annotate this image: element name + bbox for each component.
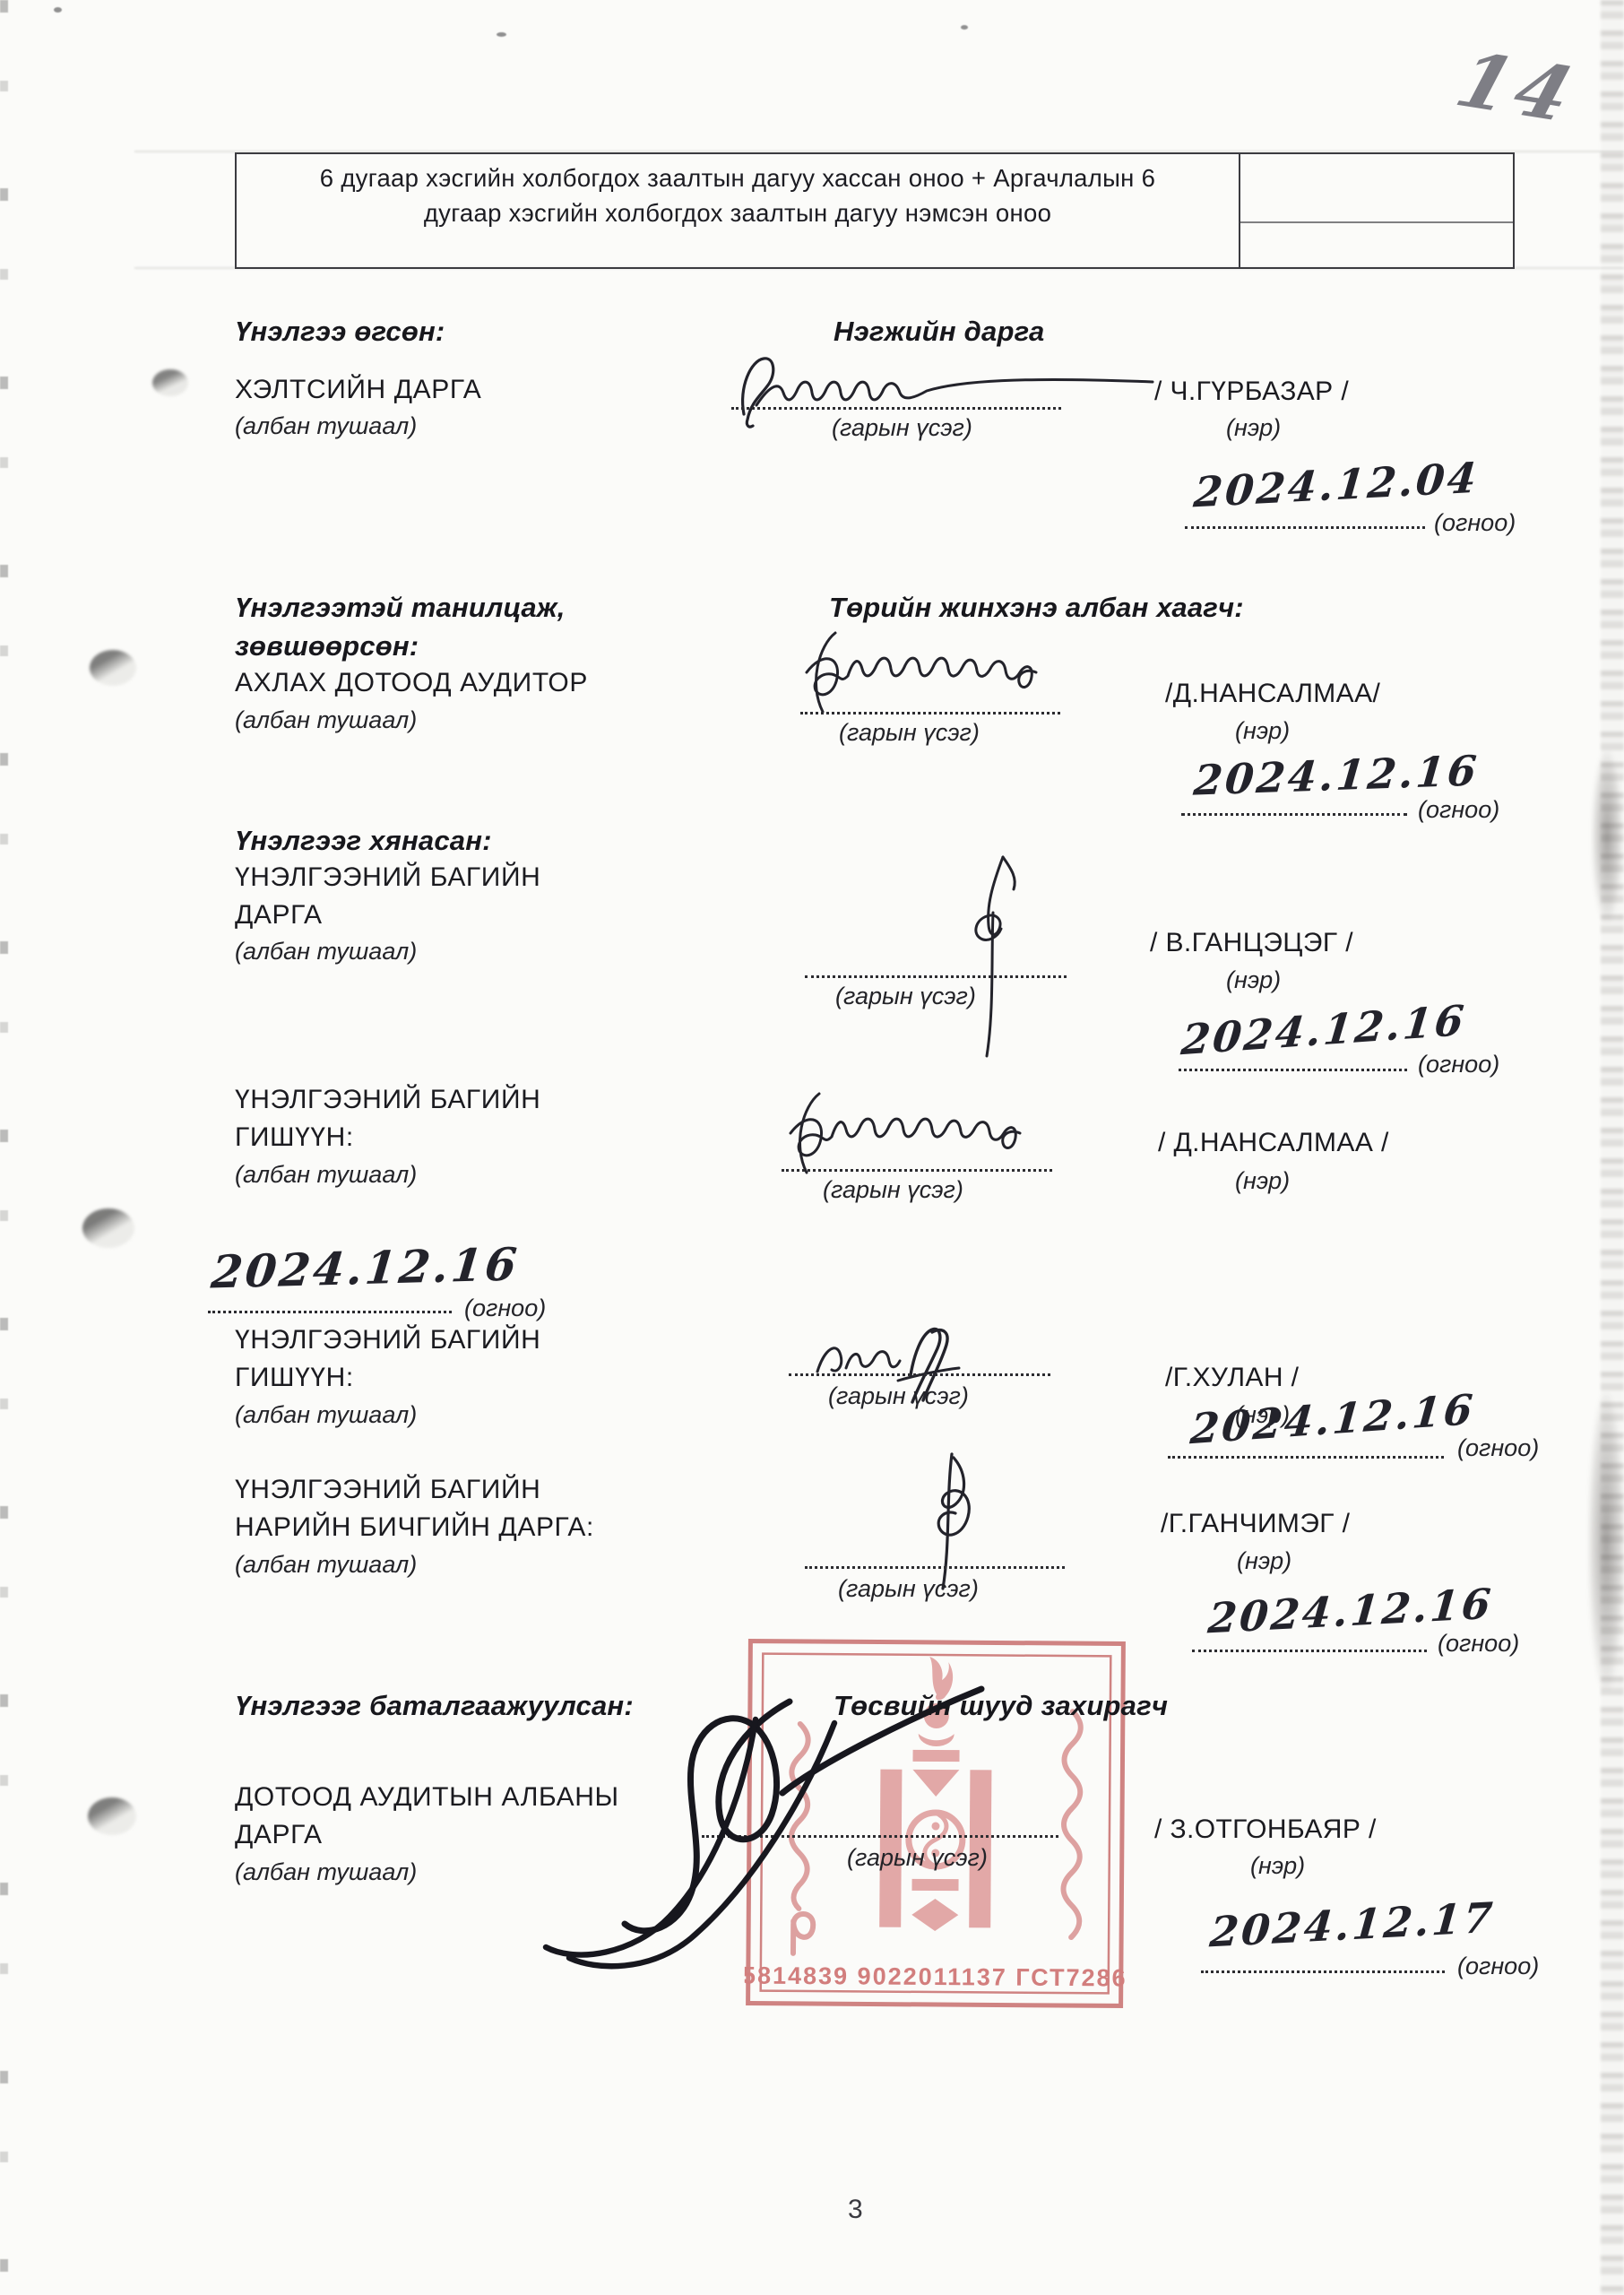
block1-heading: Үнэлгээ өгсөн: — [235, 316, 445, 348]
date-line — [1192, 1648, 1427, 1652]
block3-heading: Үнэлгээг хянасан: — [235, 825, 492, 857]
signature-scribble-nansalmaa — [798, 626, 1053, 715]
block7-right-heading: Төсвийн шууд захирагч — [834, 1690, 1168, 1722]
signature-caption: (гарын үсэг) — [838, 1575, 979, 1603]
signature-line — [782, 1167, 1052, 1172]
block1-name: / Ч.ГҮРБАЗАР / — [1154, 377, 1349, 407]
block2-right-heading: Төрийн жинхэнэ албан хаагч: — [829, 592, 1244, 624]
name-caption: (нэр) — [1237, 1547, 1291, 1575]
signature-caption: (гарын үсэг) — [835, 983, 976, 1010]
stamp-script-right — [1063, 1711, 1081, 1937]
signature-line — [800, 710, 1060, 714]
position-caption: (албан тушаал) — [235, 706, 417, 734]
block2-heading-line1: Үнэлгээтэй танилцаж, — [235, 592, 566, 624]
block2-heading-line2: зөвшөөрсөн: — [235, 630, 419, 663]
signature-line — [789, 1372, 1050, 1376]
criteria-cell: 6 дугаар хэсгийн холбогдох заалтын дагуу… — [237, 154, 1240, 267]
block6-name: /Г.ГАНЧИМЭГ / — [1161, 1509, 1350, 1539]
page-number: 3 — [848, 2195, 863, 2225]
date-caption: (огноо) — [464, 1295, 546, 1322]
signature-line — [731, 405, 1061, 410]
block5-position-line1: ҮНЭЛГЭЭНИЙ БАГИЙН — [235, 1325, 540, 1355]
score-cell — [1240, 154, 1513, 267]
scan-artifact-hole — [88, 1797, 136, 1835]
criteria-text-line2: дугаар хэсгийн холбогдох заалтын дагуу н… — [424, 199, 1051, 228]
signature-scribble-gantsetseg — [946, 850, 1035, 1061]
date-line — [208, 1309, 452, 1313]
scan-speck — [497, 32, 506, 37]
date-caption: (огноо) — [1438, 1630, 1519, 1658]
block7-date-handwritten: 2024.12.17 — [1208, 1893, 1497, 1957]
date-line — [1185, 524, 1425, 529]
scanned-document-page: 14 6 дугаар хэсгийн холбогдох заалтын да… — [0, 0, 1624, 2295]
scan-artifact-hole — [90, 650, 136, 686]
date-caption: (огноо) — [1418, 796, 1499, 824]
score-cell-divider — [1240, 221, 1513, 223]
date-caption: (огноо) — [1418, 1051, 1499, 1078]
block4-name: / Д.НАНСАЛМАА / — [1158, 1128, 1389, 1158]
block3-name: / В.ГАНЦЭЦЭГ / — [1150, 928, 1353, 958]
scan-artifact-left-edge — [0, 0, 8, 2295]
block7-position-line2: ДАРГА — [235, 1820, 323, 1850]
block3-position-line1: ҮНЭЛГЭЭНИЙ БАГИЙН — [235, 862, 540, 893]
date-caption: (огноо) — [1457, 1953, 1539, 1980]
block1-position-title: ХЭЛТСИЙН ДАРГА — [235, 375, 481, 405]
block5-date-handwritten: 2024.12.16 — [1188, 1385, 1477, 1454]
block5-name: /Г.ХУЛАН / — [1165, 1363, 1299, 1393]
block3-position-line2: ДАРГА — [235, 900, 323, 931]
block4-position-line2: ГИШҮҮН: — [235, 1122, 354, 1153]
name-caption: (нэр) — [1250, 1852, 1305, 1880]
name-caption: (нэр) — [1235, 1167, 1290, 1195]
criteria-text-line1: 6 дугаар хэсгийн холбогдох заалтын дагуу… — [320, 164, 1155, 193]
date-caption: (огноо) — [1457, 1434, 1539, 1462]
block2-position-title: АХЛАХ ДОТООД АУДИТОР — [235, 668, 588, 698]
position-caption: (албан тушаал) — [235, 1161, 417, 1189]
block4-date-handwritten: 2024.12.16 — [209, 1237, 522, 1298]
position-caption: (албан тушаал) — [235, 1401, 417, 1429]
block4-position-line1: ҮНЭЛГЭЭНИЙ БАГИЙН — [235, 1085, 540, 1115]
block7-name: / З.ОТГОНБАЯР / — [1154, 1814, 1377, 1845]
scan-artifact-hole — [82, 1208, 134, 1248]
name-caption: (нэр) — [1235, 717, 1290, 745]
name-caption: (нэр) — [1226, 966, 1281, 994]
block1-right-heading: Нэгжийн дарга — [834, 316, 1044, 348]
position-caption: (албан тушаал) — [235, 938, 417, 966]
date-line — [1168, 1454, 1444, 1459]
position-caption: (албан тушаал) — [235, 1551, 417, 1579]
scan-speck — [54, 7, 62, 13]
scan-artifact-blot — [1588, 1394, 1624, 1690]
sheet-number-handwritten: 14 — [1447, 36, 1587, 140]
signature-caption: (гарын үсэг) — [823, 1176, 963, 1204]
block6-position-line1: ҮНЭЛГЭЭНИЙ БАГИЙН — [235, 1475, 540, 1505]
date-line — [1181, 811, 1407, 816]
signature-caption: (гарын үсэг) — [832, 414, 972, 442]
signature-line — [805, 974, 1067, 978]
date-caption: (огноо) — [1434, 509, 1516, 537]
block2-name: /Д.НАНСАЛМАА/ — [1165, 679, 1380, 709]
block5-position-line2: ГИШҮҮН: — [235, 1363, 354, 1393]
position-caption: (албан тушаал) — [235, 412, 417, 440]
name-caption: (нэр) — [1226, 414, 1281, 442]
signature-scribble-ganchimeg — [907, 1451, 997, 1594]
position-caption: (албан тушаал) — [235, 1858, 417, 1886]
block6-position-line2: НАРИЙН БИЧГИЙН ДАРГА: — [235, 1512, 594, 1543]
signature-line — [805, 1564, 1065, 1569]
date-line — [1179, 1067, 1407, 1071]
criteria-table: 6 дугаар хэсгийн холбогдох заалтын дагуу… — [235, 152, 1515, 269]
block1-date-handwritten: 2024.12.04 — [1192, 454, 1481, 517]
signature-caption: (гарын үсэг) — [839, 719, 980, 747]
scan-speck — [961, 25, 968, 30]
signature-scribble-nansalmaa — [782, 1087, 1037, 1176]
date-line — [1201, 1969, 1445, 1973]
scan-artifact-hole — [152, 369, 188, 396]
scan-artifact-right-edge — [1601, 0, 1624, 2295]
scan-artifact-blot — [1592, 751, 1622, 922]
signature-caption: (гарын үсэг) — [828, 1382, 969, 1410]
